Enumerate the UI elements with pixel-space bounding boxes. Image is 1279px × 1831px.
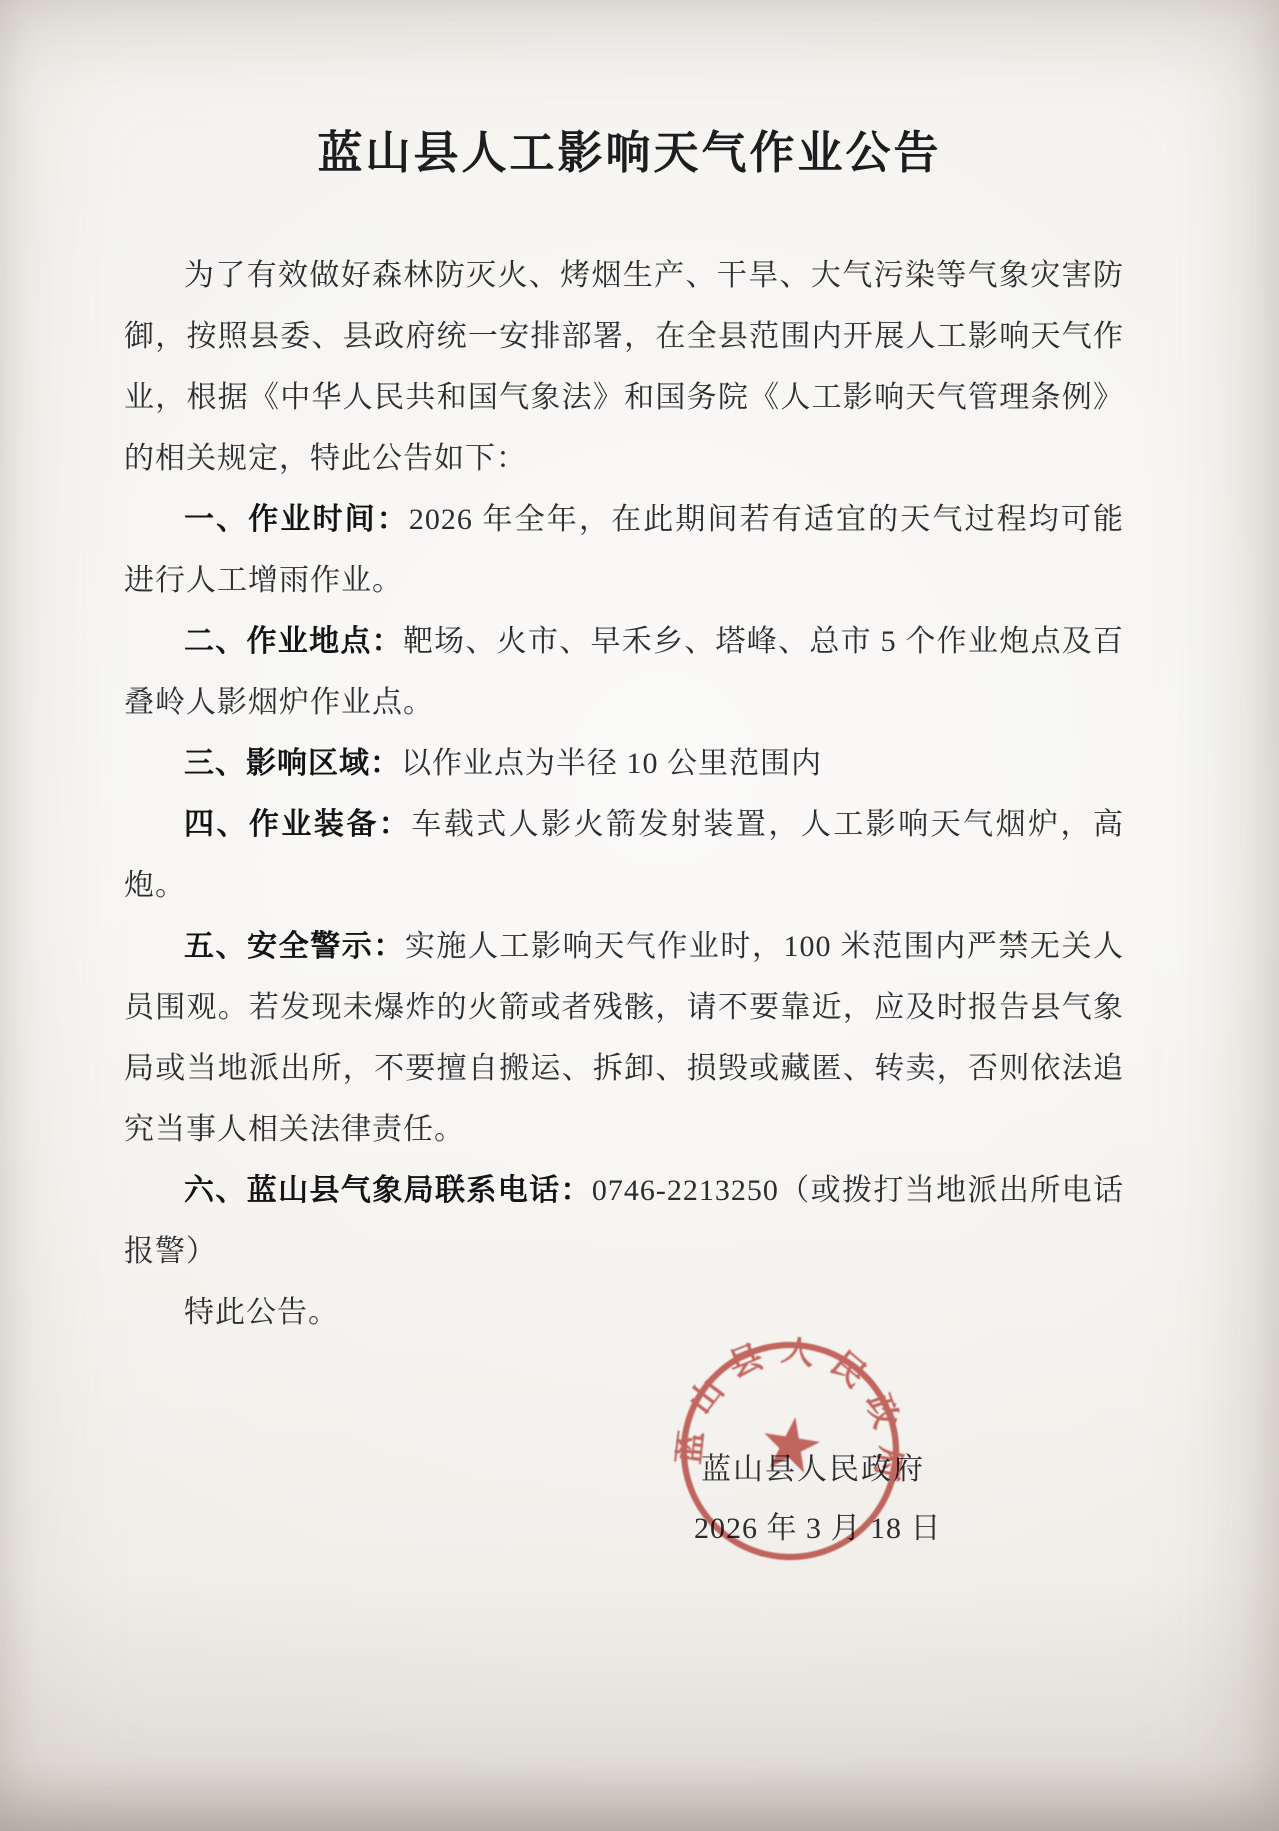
- document-body: 为了有效做好森林防灭火、烤烟生产、干旱、大气污染等气象灾害防御，按照县委、县政府…: [0, 181, 1279, 1673]
- item-head-1: 一、作业时间：: [184, 503, 409, 536]
- item-head-5: 五、安全警示：: [184, 930, 405, 963]
- seal-text: 蓝山县人民政府: [668, 1321, 920, 1499]
- item-paragraph-4: 四、作业装备：车载式人影火箭发射装置，人工影响天气烟炉，高炮。: [124, 794, 1124, 916]
- item-head-2: 二、作业地点：: [184, 625, 403, 658]
- item-paragraph-1: 一、作业时间：2026 年全年，在此期间若有适宜的天气过程均可能进行人工增雨作业…: [124, 489, 1124, 611]
- signature-block: 蓝山县人民政府 2026 年 3 月 18 日 蓝山县人民政府: [124, 1343, 1124, 1673]
- closing-paragraph: 特此公告。: [124, 1282, 1124, 1343]
- announcement-document: 蓝山县人工影响天气作业公告 为了有效做好森林防灭火、烤烟生产、干旱、大气污染等气…: [0, 0, 1279, 1831]
- item-paragraph-6: 六、蓝山县气象局联系电话：0746-2213250（或拨打当地派出所电话报警）: [124, 1160, 1124, 1282]
- item-paragraph-3: 三、影响区域：以作业点为半径 10 公里范围内: [124, 733, 1124, 794]
- item-head-6: 六、蓝山县气象局联系电话：: [184, 1174, 592, 1207]
- government-seal: 蓝山县人民政府: [660, 1321, 921, 1582]
- document-title: 蓝山县人工影响天气作业公告: [0, 0, 1279, 181]
- item-paragraph-2: 二、作业地点：靶场、火市、早禾乡、塔峰、总市 5 个作业炮点及百叠岭人影烟炉作业…: [124, 611, 1124, 733]
- item-text-3: 以作业点为半径 10 公里范围内: [401, 747, 822, 780]
- star-icon: [759, 1413, 823, 1475]
- intro-paragraph: 为了有效做好森林防灭火、烤烟生产、干旱、大气污染等气象灾害防御，按照县委、县政府…: [124, 245, 1124, 489]
- item-head-4: 四、作业装备：: [184, 808, 411, 841]
- item-paragraph-5: 五、安全警示：实施人工影响天气作业时，100 米范围内严禁无关人员围观。若发现未…: [124, 916, 1124, 1160]
- item-head-3: 三、影响区域：: [184, 747, 401, 780]
